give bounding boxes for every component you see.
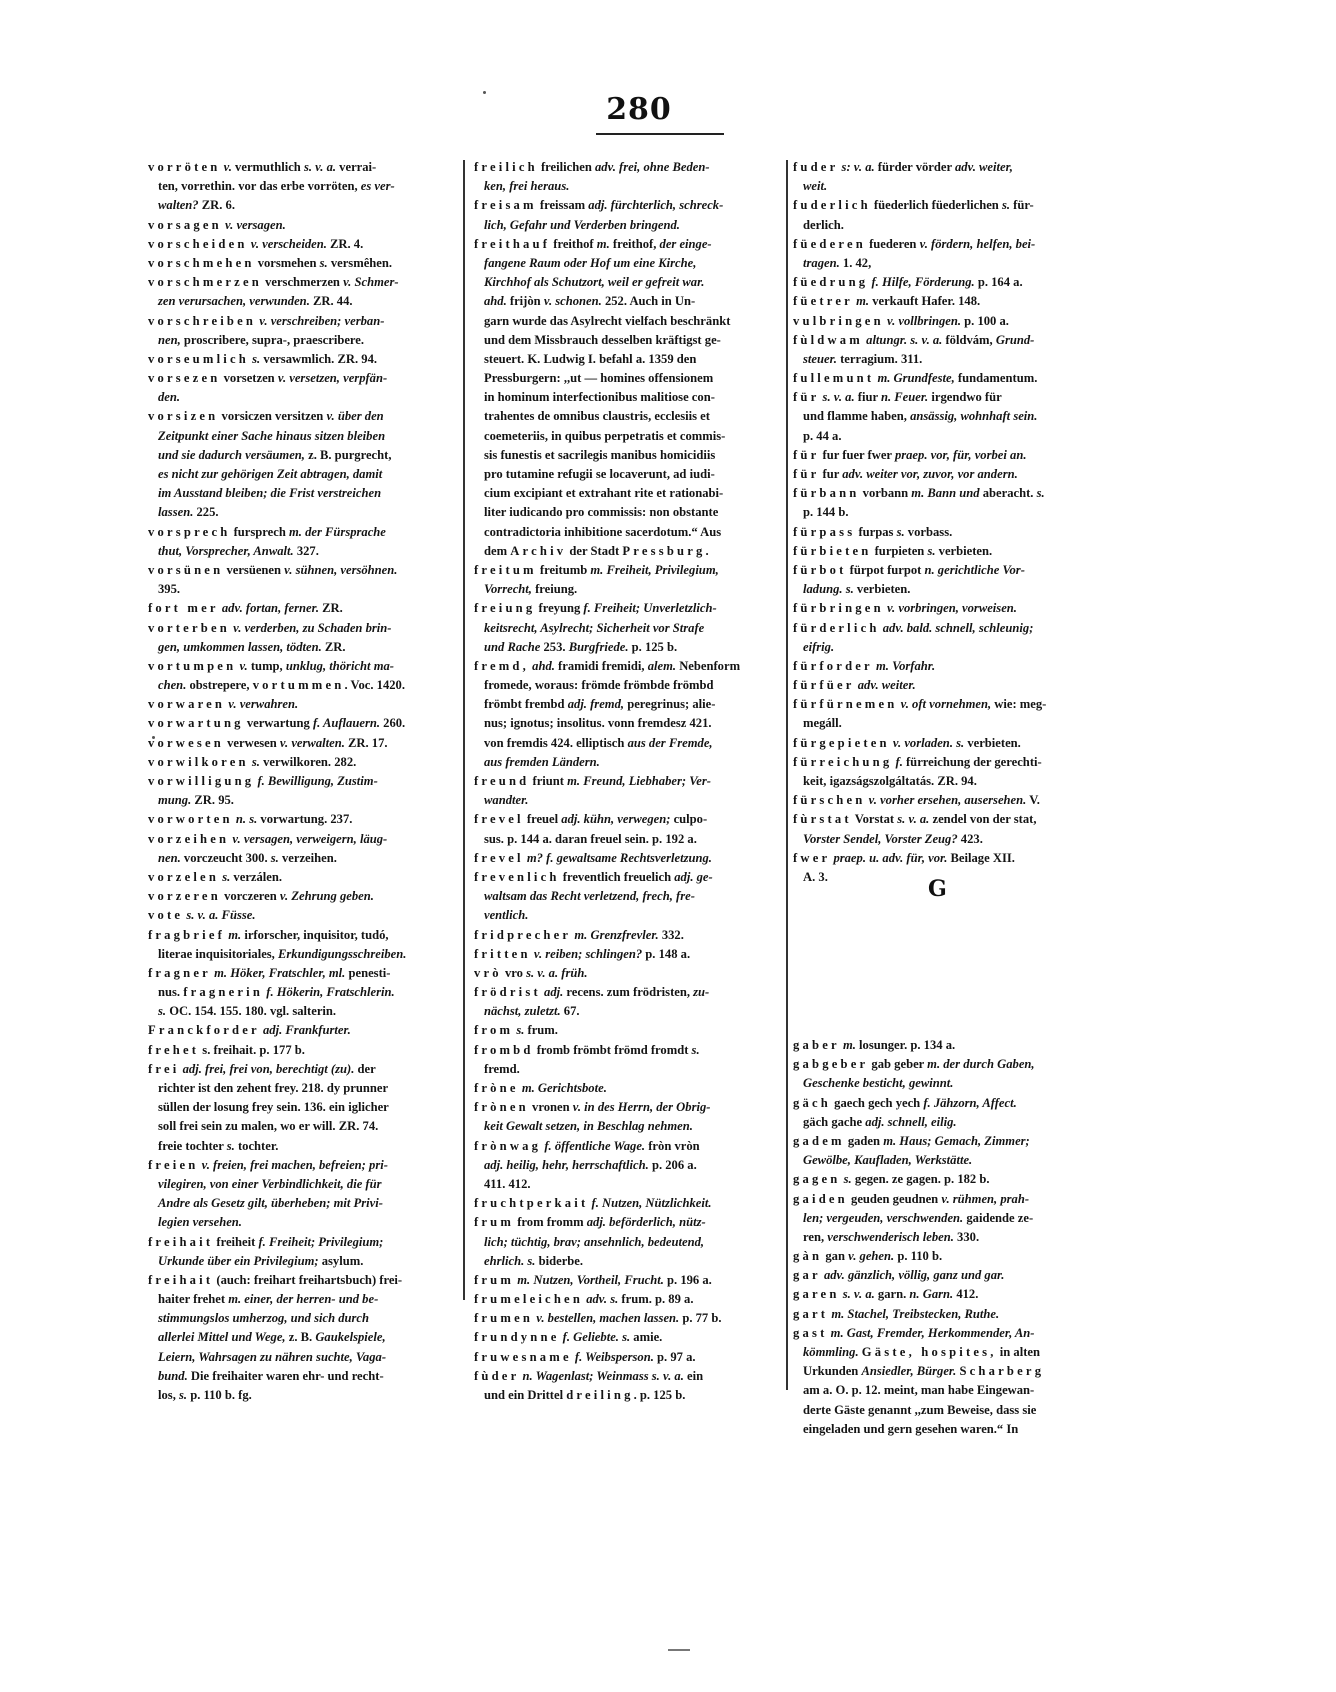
gloss-italic: f. Hökerin, Fratschlerin.: [266, 985, 394, 999]
gloss-italic: bund.: [158, 1369, 188, 1383]
headword: fuder: [793, 160, 838, 174]
entry-line-continuation: nächst, zuletzt. 67.: [474, 1002, 774, 1021]
gloss-text: p. 100 a.: [961, 314, 1009, 328]
gloss-text: vorsetzen: [220, 371, 277, 385]
gloss-italic: s. v. a.: [823, 390, 855, 404]
entry-line-start: vorschreiben v. verschreiben; verban-: [148, 312, 448, 331]
gloss-italic: n. Garn.: [909, 1287, 953, 1301]
entry-line-start: fürreichung f. fürreichung der gerechti-: [793, 753, 1093, 772]
entry-line-start: garen s. v. a. garn. n. Garn. 412.: [793, 1285, 1093, 1304]
gloss-italic: ladung. s.: [803, 582, 854, 596]
entry-line-start: fritten v. reiben; schlingen? p. 148 a.: [474, 945, 774, 964]
gloss-italic: v. freien, frei machen, befreien; pri-: [202, 1158, 388, 1172]
entry-line-start: fürfüer adv. weiter.: [793, 676, 1093, 695]
gloss-text: verrai-: [336, 160, 376, 174]
gloss-text: 260.: [380, 716, 405, 730]
headword: vote: [148, 908, 183, 922]
headword: füetrer: [793, 294, 853, 308]
entry-line-continuation: lich; tüchtig, brav; ansehnlich, bedeute…: [474, 1233, 774, 1252]
entry-line-continuation: ladung. s. verbieten.: [793, 580, 1093, 599]
entry-line-continuation: soll frei sein zu malen, wo er will. ZR.…: [148, 1117, 448, 1136]
entry-line-continuation: fremd.: [474, 1060, 774, 1079]
gloss-italic: m. Stachel, Treibstecken, Ruthe.: [831, 1307, 999, 1321]
gloss-italic: es ver-: [361, 179, 395, 193]
gloss-italic: v. sühnen, versöhnen.: [284, 563, 397, 577]
headword: fridprecher: [474, 928, 571, 942]
headword: füederen: [793, 237, 866, 251]
gloss-text: vorwartung. 237.: [257, 812, 352, 826]
entry-line-continuation: und dem Missbrauch desselben kräftigst g…: [474, 331, 774, 350]
headword: gàn: [793, 1249, 822, 1263]
gloss-text: ren,: [803, 1230, 827, 1244]
gloss-text: verwartung: [244, 716, 313, 730]
gloss-italic: m. Grenzfrevler.: [574, 928, 658, 942]
entry-line-start: für fur fuer fwer praep. vor, für, vorbe…: [793, 446, 1093, 465]
gloss-text: freie tochter: [158, 1139, 227, 1153]
gloss-text: zendel von der stat,: [929, 812, 1036, 826]
entry-line-start: vorseumlich s. versawmlich. ZR. 94.: [148, 350, 448, 369]
gloss-italic: s.: [1037, 486, 1045, 500]
gloss-text: vorczeren: [221, 889, 280, 903]
gloss-text: trahentes de omnibus claustris, ecclesii…: [484, 409, 710, 423]
gloss-text: fuederen: [866, 237, 920, 251]
entry-line-start: vorzelen s. verzálen.: [148, 868, 448, 887]
gloss-italic: Gaukelspiele,: [315, 1330, 385, 1344]
gloss-italic: adj. kühn, verwegen;: [561, 812, 670, 826]
gloss-text: ZR. 6.: [199, 198, 235, 212]
gloss-text: ZR.: [319, 601, 343, 615]
entry-line-continuation: garn wurde das Asylrecht vielfach beschr…: [474, 312, 774, 331]
gloss-italic: adv. weiter vor, zuvor, vor andern.: [842, 467, 1018, 481]
gloss-text: freithof,: [610, 237, 660, 251]
gloss-italic: s.: [1002, 198, 1010, 212]
gloss-text: . Voc. 1420.: [344, 678, 405, 692]
gloss-text: ZR. 95.: [191, 793, 234, 807]
gloss-text: vermuthlich: [232, 160, 304, 174]
gloss-text: derte Gäste genannt ,,zum Beweise, dass …: [803, 1403, 1036, 1417]
entry-line-continuation: kömmling. Gäste, hospites, in alten: [793, 1343, 1093, 1362]
gloss-italic: s.: [844, 1172, 852, 1186]
headword: fròne: [474, 1081, 519, 1095]
column-left: vorröten v. vermuthlich s. v. a. verrai-…: [148, 158, 448, 1405]
gloss-italic: v. vorbringen, vorweisen.: [887, 601, 1017, 615]
gloss-italic: adv. s.: [586, 1292, 618, 1306]
gloss-italic: Andre als Gesetz gilt, überheben; mit Pr…: [158, 1196, 383, 1210]
entry-line-start: vorröten v. vermuthlich s. v. a. verrai-: [148, 158, 448, 177]
entry-line-start: fuder s: v. a. fürder vörder adv. weiter…: [793, 158, 1093, 177]
gloss-text: s. freihait. p. 177 b.: [199, 1043, 305, 1057]
gloss-text: dem: [484, 544, 510, 558]
headword: fragbrief: [148, 928, 225, 942]
entry-line-continuation: frömbt frembd adj. fremd, peregrinus; al…: [474, 695, 774, 714]
entry-line-start: fürpass furpas s. vorbass.: [793, 523, 1093, 542]
entry-line-start: gàn gan v. gehen. p. 110 b.: [793, 1247, 1093, 1266]
entry-line-start: gabgeber gab geber m. der durch Gaben,: [793, 1055, 1093, 1074]
gloss-text: sis funestis et sacrilegis manibus homic…: [484, 448, 715, 462]
gloss-italic: nen,: [158, 333, 181, 347]
gloss-text: p. 44 a.: [803, 429, 842, 443]
gloss-italic: ahd.: [484, 294, 507, 308]
gloss-text: und flamme haben,: [803, 409, 910, 423]
entry-line-start: gaber m. losunger. p. 134 a.: [793, 1036, 1093, 1055]
gloss-text: 1. 42,: [840, 256, 871, 270]
gloss-italic: kömmling.: [803, 1345, 859, 1359]
entry-line-start: frevel freuel adj. kühn, verwegen; culpo…: [474, 810, 774, 829]
gloss-text: wie: meg-: [991, 697, 1046, 711]
gloss-text: p. 144 b.: [803, 505, 849, 519]
entry-line-start: gagen s. gegen. ze gagen. p. 182 b.: [793, 1170, 1093, 1189]
gloss-italic: v. in des Herrn, der Obrig-: [573, 1100, 711, 1114]
gloss-italic: v. vorladen. s.: [893, 736, 964, 750]
entry-line-continuation: sus. p. 144 a. daran freuel sein. p. 192…: [474, 830, 774, 849]
gloss-text: freiung.: [532, 582, 577, 596]
gloss-italic: nächst, zuletzt.: [484, 1004, 561, 1018]
gloss-text: süllen der losung frey sein. 136. ein ig…: [158, 1100, 389, 1114]
gloss-italic: f. Hilfe, Förderung.: [871, 275, 974, 289]
gloss-text: frum. p. 89 a.: [618, 1292, 693, 1306]
entry-line-start: vorzeren vorczeren v. Zehrung geben.: [148, 887, 448, 906]
gloss-text: contradictoria inhibitione sacerdotum.“ …: [484, 525, 721, 539]
entry-line-continuation: freie tochter s. tochter.: [148, 1137, 448, 1156]
entry-line-continuation: allerlei Mittel und Wege, z. B. Gaukelsp…: [148, 1328, 448, 1347]
gloss-text: furpas: [855, 525, 896, 539]
gloss-text: p. 77 b.: [679, 1311, 721, 1325]
headword: frumen: [474, 1311, 533, 1325]
entry-line-start: freiung freyung f. Freiheit; Unverletzli…: [474, 599, 774, 618]
gloss-text: derlich.: [803, 218, 844, 232]
entry-line-continuation: Urkunde über ein Privilegium; asylum.: [148, 1252, 448, 1271]
page-number: 280: [584, 92, 694, 127]
entry-line-start: frevenlich freventlich freuelich adj. ge…: [474, 868, 774, 887]
gloss-text: vorsiczen versitzen: [218, 409, 326, 423]
gloss-italic: thut, Vorsprecher, Anwalt.: [158, 544, 294, 558]
entry-line-continuation: legien versehen.: [148, 1213, 448, 1232]
gloss-text: recens. zum frödristen,: [563, 985, 693, 999]
headword: freihait: [148, 1273, 213, 1287]
entry-line-start: frònen vronen v. in des Herrn, der Obrig…: [474, 1098, 774, 1117]
gloss-text: 332.: [659, 928, 684, 942]
gloss-italic: s.: [179, 1388, 187, 1402]
headword: vorschreiben: [148, 314, 256, 328]
gloss-italic: f. Bewilligung, Zustim-: [257, 774, 377, 788]
gloss-text: p. 125 b.: [629, 640, 678, 654]
gloss-text: fròn vròn: [645, 1139, 700, 1153]
gloss-text: fundamentum.: [955, 371, 1038, 385]
gloss-text: .: [706, 544, 709, 558]
headword: frevel: [474, 812, 524, 826]
gloss-italic: aus fremden Ländern.: [484, 755, 600, 769]
headword: fragner: [148, 966, 211, 980]
column-divider-2: [786, 160, 788, 1390]
gloss-italic: Kirchhof als Schutzort, weil er gefreit …: [484, 275, 704, 289]
gloss-text: 252. Auch in Un-: [602, 294, 695, 308]
headword: vorworten: [148, 812, 233, 826]
entry-line-start: fort mer adv. fortan, ferner. ZR.: [148, 599, 448, 618]
gloss-text: irgendwo für: [928, 390, 1001, 404]
gloss-italic: f. Freiheit; Unverletzlich-: [583, 601, 716, 615]
entry-line-start: Franckforder adj. Frankfurter.: [148, 1021, 448, 1040]
entry-line-continuation: und ein Drittel dreiling. p. 125 b.: [474, 1386, 774, 1405]
entry-line-continuation: nen. vorczeucht 300. s. verzeihen.: [148, 849, 448, 868]
gloss-text: furpieten: [871, 544, 927, 558]
gloss-text: verwesen: [224, 736, 280, 750]
entry-line-continuation: pro tutamine refugii se locaverunt, ad i…: [474, 465, 774, 484]
gloss-text: fürreichung der gerechti-: [903, 755, 1042, 769]
gloss-italic: m.: [597, 237, 610, 251]
gloss-italic: ventlich.: [484, 908, 528, 922]
headword: vorzeihen: [148, 832, 229, 846]
entry-line-start: vorschmerzen verschmerzen v. Schmer-: [148, 273, 448, 292]
entry-line-continuation: tragen. 1. 42,: [793, 254, 1093, 273]
headword: freihait: [148, 1235, 213, 1249]
entry-line-continuation: aus fremden Ländern.: [474, 753, 774, 772]
gloss-text: 411. 412.: [484, 1177, 531, 1191]
headword: vorzeren: [148, 889, 221, 903]
gloss-italic: Urkunde über ein Privilegium;: [158, 1254, 319, 1268]
headword: gaber: [793, 1038, 840, 1052]
entry-line-start: fürderlich adv. bald. schnell, schleunig…: [793, 619, 1093, 638]
headword: für: [793, 448, 819, 462]
gloss-italic: lich; tüchtig, brav; ansehnlich, bedeute…: [484, 1235, 704, 1249]
entry-line-continuation: steuert. K. Ludwig I. befahl a. 1359 den: [474, 350, 774, 369]
entry-line-continuation: Kirchhof als Schutzort, weil er gefreit …: [474, 273, 774, 292]
gloss-text: gaech gech yech: [831, 1096, 923, 1110]
entry-line-start: vorzeihen v. versagen, verweigern, läug-: [148, 830, 448, 849]
gloss-text: Urkunden: [803, 1364, 861, 1378]
gloss-italic: allerlei Mittel und Wege,: [158, 1330, 286, 1344]
headword: vorschmehen: [148, 256, 255, 270]
gloss-text: obstrepere,: [186, 678, 252, 692]
gloss-text: tochter.: [235, 1139, 279, 1153]
scan-speck: [152, 736, 155, 739]
gloss-text: freiheit: [213, 1235, 258, 1249]
gloss-italic: praep. vor, für, vorbei an.: [895, 448, 1027, 462]
gloss-italic: f. Freiheit; Privilegium;: [258, 1235, 383, 1249]
headword: frònen: [474, 1100, 529, 1114]
gloss-text: 327.: [294, 544, 319, 558]
gloss-italic: v. oft vornehmen,: [901, 697, 991, 711]
entry-line-start: vorworten n. s. vorwartung. 237.: [148, 810, 448, 829]
gloss-italic: adj. fürchterlich, schreck-: [588, 198, 723, 212]
gloss-italic: f. Auflauern.: [313, 716, 380, 730]
entry-line-continuation: Zeitpunkt einer Sache hinaus sitzen blei…: [148, 427, 448, 446]
headword: fruchtperkait: [474, 1196, 588, 1210]
headword: vorscheiden: [148, 237, 248, 251]
headword: frombd: [474, 1043, 534, 1057]
gloss-italic: unklug, thöricht ma-: [286, 659, 394, 673]
entry-line-start: vorsprech fursprech m. der Fürsprache: [148, 523, 448, 542]
entry-line-continuation: lassen. 225.: [148, 503, 448, 522]
entry-line-start: füedrung f. Hilfe, Förderung. p. 164 a.: [793, 273, 1093, 292]
entry-line-start: frevel m? f. gewaltsame Rechtsverletzung…: [474, 849, 774, 868]
headword: gadem: [793, 1134, 845, 1148]
headword: frumeleichen: [474, 1292, 583, 1306]
gloss-italic: steuer.: [803, 352, 837, 366]
gloss-italic: adj. schnell, eilig.: [865, 1115, 956, 1129]
gloss-italic: walten?: [158, 198, 199, 212]
entry-line-continuation: coemeteriis, in quibus perpetratis et co…: [474, 427, 774, 446]
gloss-italic: eifrig.: [803, 640, 834, 654]
gloss-italic: n. Feuer.: [881, 390, 928, 404]
gloss-italic: m. Freiheit, Privilegium,: [590, 563, 718, 577]
gloss-text: peregrinus; alie-: [624, 697, 715, 711]
headword: freitum: [474, 563, 537, 577]
gloss-italic: adj. Frankfurter.: [263, 1023, 351, 1037]
headword: fürbann: [793, 486, 860, 500]
entry-line-continuation: ten, vorrethin. vor das erbe vorröten, e…: [148, 177, 448, 196]
headword: fürreichung: [793, 755, 892, 769]
entry-line-continuation: wandter.: [474, 791, 774, 810]
gloss-text: frijòn: [507, 294, 544, 308]
gloss-italic: s: v. a.: [842, 160, 875, 174]
gloss-text: fragnerin: [183, 985, 263, 999]
gloss-text: freithof: [550, 237, 597, 251]
column-divider-1: [463, 160, 465, 1300]
entry-line-start: vortumpen v. tump, unklug, thöricht ma-: [148, 657, 448, 676]
headword: fuderlich: [793, 198, 871, 212]
gloss-italic: adv. frei, ohne Beden-: [595, 160, 710, 174]
gloss-text: literae inquisitoriales,: [158, 947, 278, 961]
entry-line-start: fullemunt m. Grundfeste, fundamentum.: [793, 369, 1093, 388]
gloss-text: freventlich freuelich: [560, 870, 675, 884]
gloss-text: freissam: [537, 198, 589, 212]
entry-line-start: fùldwam altungr. s. v. a. földvám, Grund…: [793, 331, 1093, 350]
entry-line-start: freien v. freien, frei machen, befreien;…: [148, 1156, 448, 1175]
gloss-italic: zu-: [693, 985, 709, 999]
gloss-text: am a. O. p. 12. meint, man habe Eingewan…: [803, 1383, 1034, 1397]
entry-line-continuation: derte Gäste genannt ,,zum Beweise, dass …: [793, 1401, 1093, 1420]
headword: fruwesname: [474, 1350, 572, 1364]
gloss-text: pro tutamine refugii se locaverunt, ad i…: [484, 467, 715, 481]
gloss-italic: v. gehen.: [848, 1249, 894, 1263]
entry-line-continuation: Pressburgern: ,,ut — homines offensionem: [474, 369, 774, 388]
headword: gart: [793, 1307, 828, 1321]
entry-line-start: freihait freiheit f. Freiheit; Privilegi…: [148, 1233, 448, 1252]
entry-line-start: vorsezen vorsetzen v. versetzen, verpfän…: [148, 369, 448, 388]
gloss-text: 423.: [958, 832, 983, 846]
entry-line-continuation: chen. obstrepere, vortummen. Voc. 1420.: [148, 676, 448, 695]
gloss-text: Vorstat: [852, 812, 897, 826]
gloss-text: ZR. 17.: [345, 736, 388, 750]
headword: fürpass: [793, 525, 855, 539]
gloss-italic: legien versehen.: [158, 1215, 242, 1229]
gloss-text: z. B.: [286, 1330, 316, 1344]
entry-line-continuation: sis funestis et sacrilegis manibus homic…: [474, 446, 774, 465]
gloss-text: los,: [158, 1388, 179, 1402]
entry-line-start: from s. frum.: [474, 1021, 774, 1040]
entry-line-start: fürbringen v. vorbringen, vorweisen.: [793, 599, 1093, 618]
headword: vorsünen: [148, 563, 223, 577]
headword: fürbringen: [793, 601, 884, 615]
gloss-text: der Stadt: [566, 544, 622, 558]
gloss-text: richter ist den zehent frey. 218. dy pru…: [158, 1081, 388, 1095]
entry-line-start: frumeleichen adv. s. frum. p. 89 a.: [474, 1290, 774, 1309]
entry-line-continuation: contradictoria inhibitione sacerdotum.“ …: [474, 523, 774, 542]
gloss-italic: mung.: [158, 793, 191, 807]
gloss-italic: waltsam das Recht verletzend, frech, fre…: [484, 889, 695, 903]
entry-line-continuation: und sie dadurch versäumen, z. B. purgrec…: [148, 446, 448, 465]
entry-line-start: fürbieten furpieten s. verbieten.: [793, 542, 1093, 561]
entry-line-start: fùrstat Vorstat s. v. a. zendel von der …: [793, 810, 1093, 829]
entry-line-continuation: fangene Raum oder Hof um eine Kirche,: [474, 254, 774, 273]
entry-line-start: vorsizen vorsiczen versitzen v. über den: [148, 407, 448, 426]
gloss-text: nus.: [158, 985, 183, 999]
gloss-italic: f. Nutzen, Nützlichkeit.: [592, 1196, 712, 1210]
column-right: fuder s: v. a. fürder vörder adv. weiter…: [793, 158, 1093, 887]
entry-line-continuation: Geschenke besticht, gewinnt.: [793, 1074, 1093, 1093]
entry-line-continuation: im Ausstand bleiben; die Frist verstreic…: [148, 484, 448, 503]
gloss-italic: m? f. gewaltsame Rechtsverletzung.: [527, 851, 712, 865]
headword: freund: [474, 774, 529, 788]
gloss-text: fromede, woraus: frömde frömbde frömbd: [484, 678, 714, 692]
gloss-italic: m.: [856, 294, 869, 308]
entry-line-start: fròne m. Gerichtsbote.: [474, 1079, 774, 1098]
entry-line-continuation: ren, verschwenderisch leben. 330.: [793, 1228, 1093, 1247]
headword: fritten: [474, 947, 531, 961]
entry-line-continuation: thut, Vorsprecher, Anwalt. 327.: [148, 542, 448, 561]
gloss-italic: v. verwalten.: [280, 736, 345, 750]
gloss-text: versüenen: [223, 563, 284, 577]
headword: vorsagen: [148, 218, 222, 232]
entry-line-start: vrò vro s. v. a. früh.: [474, 964, 774, 983]
gloss-italic: f. Weibsperson.: [575, 1350, 654, 1364]
entry-line-continuation: 411. 412.: [474, 1175, 774, 1194]
gloss-italic: v. verderben, zu Schaden brin-: [233, 621, 391, 635]
headword: fürbot: [793, 563, 846, 577]
gloss-text: terragium. 311.: [837, 352, 922, 366]
headword: fùldwam: [793, 333, 863, 347]
entry-line-continuation: s. OC. 154. 155. 180. vgl. salterin.: [148, 1002, 448, 1021]
entry-line-start: vorscheiden v. verscheiden. ZR. 4.: [148, 235, 448, 254]
gloss-italic: v. Zehrung geben.: [280, 889, 374, 903]
gloss-text: ZR. 4.: [327, 237, 363, 251]
entry-line-continuation: Urkunden Ansiedler, Bürger. Scharberg: [793, 1362, 1093, 1381]
gloss-italic: v. verscheiden.: [251, 237, 327, 251]
gloss-text: gaden: [845, 1134, 884, 1148]
entry-line-start: fürbot fürpot furpot n. gerichtliche Vor…: [793, 561, 1093, 580]
entry-line-continuation: keit Gewalt setzen, in Beschlag nehmen.: [474, 1117, 774, 1136]
entry-line-start: fremd, ahd. framidi fremidi, alem. Neben…: [474, 657, 774, 676]
entry-line-start: freisam freissam adj. fürchterlich, schr…: [474, 196, 774, 215]
entry-line-start: fürbann vorbann m. Bann und aberacht. s.: [793, 484, 1093, 503]
gloss-text: p. 110 b. fg.: [187, 1388, 252, 1402]
gloss-italic: Zeitpunkt einer Sache hinaus sitzen blei…: [158, 429, 385, 443]
entry-line-start: freihait (auch: freihart freihartsbuch) …: [148, 1271, 448, 1290]
headword: vrò: [474, 966, 502, 980]
gloss-text: nus; ignotus; insolitus. vonn fremdesz 4…: [484, 716, 712, 730]
gloss-italic: Leiern, Wahrsagen zu nähren suchte, Vaga…: [158, 1350, 386, 1364]
entry-line-start: gar adv. gänzlich, völlig, ganz und gar.: [793, 1266, 1093, 1285]
entry-line-continuation: stimmungslos umherzog, und sich durch: [148, 1309, 448, 1328]
gloss-italic: adv. weiter,: [955, 160, 1013, 174]
gloss-text: 395.: [158, 582, 180, 596]
entry-line-start: für s. v. a. fiur n. Feuer. irgendwo für: [793, 388, 1093, 407]
gloss-text: vorbann: [860, 486, 912, 500]
headword: vorsizen: [148, 409, 218, 423]
entry-line-continuation: in hominum interfectionibus malitiose co…: [474, 388, 774, 407]
gloss-text: p. 196 a.: [664, 1273, 712, 1287]
gloss-italic: zen verursachen, verwunden.: [158, 294, 310, 308]
gloss-text: fiur: [855, 390, 881, 404]
gloss-text: Die freihaiter waren ehr- und recht-: [188, 1369, 384, 1383]
gloss-italic: s.: [271, 851, 279, 865]
gloss-italic: s. v. a.: [304, 160, 336, 174]
gloss-italic: v. bestellen, machen lassen.: [536, 1311, 679, 1325]
gloss-text: 330.: [954, 1230, 979, 1244]
entry-line-continuation: gen, umkommen lassen, tödten. ZR.: [148, 638, 448, 657]
headword: gabgeber: [793, 1057, 868, 1071]
headword: vorsprech: [148, 525, 230, 539]
